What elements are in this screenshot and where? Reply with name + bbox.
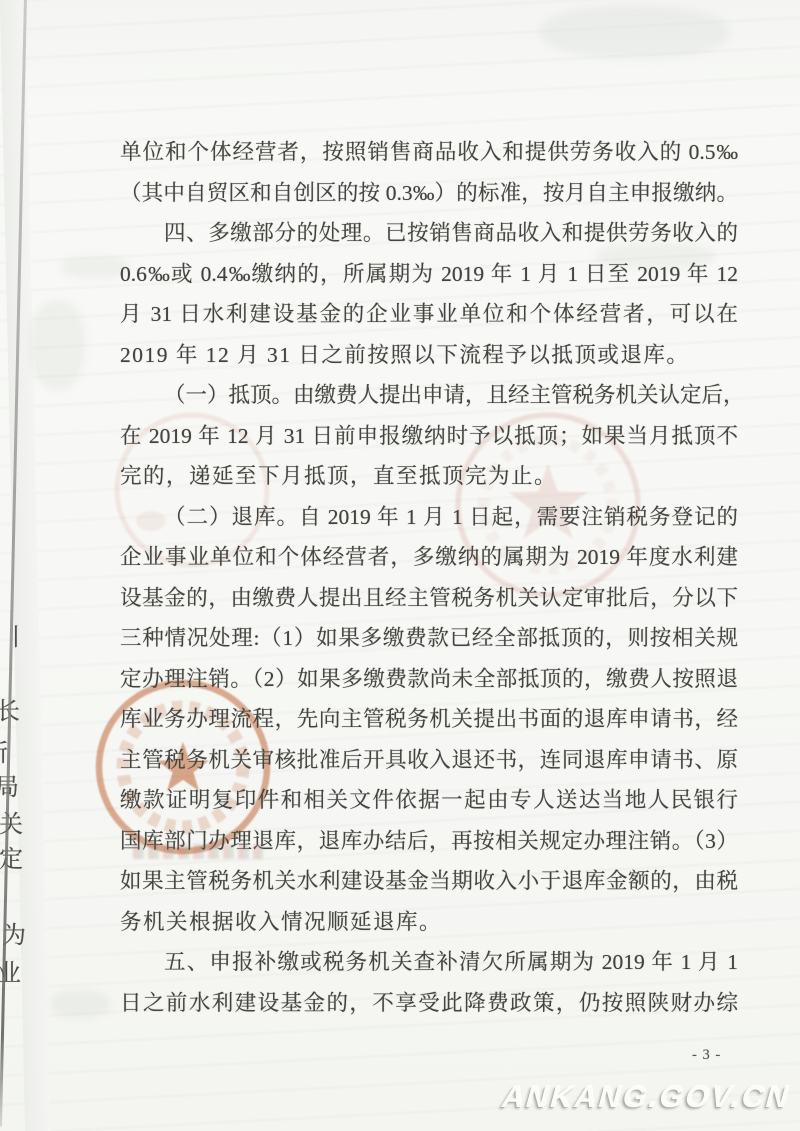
- document-body: 单位和个体经营者，按照销售商品收入和提供劳务收入的 0.5‰（其中自贸区和自创区…: [120, 132, 738, 1023]
- text-line: 0.6‰或 0.4‰缴纳的，所属期为 2019 年 1 月 1 日至 2019 …: [120, 254, 738, 295]
- bleedthrough-ghost: [30, 300, 85, 390]
- text-line: 五、申报补缴或税务机关查补清欠所属期为 2019 年 1 月 1: [120, 942, 738, 983]
- text-line: 定办理注销。（2）如果多缴费款尚未全部抵顶的，缴费人按照退: [120, 659, 738, 700]
- page-number: - 3 -: [692, 1047, 721, 1064]
- text-line: 完的，递延至下月抵顶，直至抵顶完为止。: [120, 456, 738, 497]
- text-line: （其中自贸区和自创区的按 0.3‰）的标准，按月自主申报缴纳。: [120, 173, 738, 214]
- text-line: 缴款证明复印件和相关文件依据一起由专人送达当地人民银行: [120, 780, 738, 821]
- bleedthrough-ghost: [540, 6, 730, 58]
- text-line: 在 2019 年 12 月 31 日前申报缴纳时予以抵顶；如果当月抵顶不: [120, 416, 738, 457]
- text-line: 库业务办理流程，先向主管税务机关提出书面的退库申请书，经: [120, 699, 738, 740]
- edge-text-fragment: 定: [0, 848, 23, 872]
- text-line: 月 31 日水利建设基金的企业事业单位和个体经营者，可以在: [120, 294, 738, 335]
- text-line: 设基金的，由缴费人提出且经主管税务机关认定审批后，分以下: [120, 578, 738, 619]
- text-line: 国库部门办理退库，退库办结后，再按相关规定办理注销。（3）: [120, 821, 738, 862]
- text-line: 三种情况处理:（1）如果多缴费款已经全部抵顶的，则按相关规: [120, 618, 738, 659]
- text-line: 2019 年 12 月 31 日之前按照以下流程予以抵顶或退库。: [120, 335, 738, 376]
- text-line: （一）抵顶。由缴费人提出申请，且经主管税务机关认定后，: [120, 375, 738, 416]
- edge-text-fragment: 局: [0, 776, 19, 800]
- text-line: 企业事业单位和个体经营者，多缴纳的属期为 2019 年度水利建: [120, 537, 738, 578]
- text-line: 务机关根据收入情况顺延退库。: [120, 902, 738, 943]
- scanned-document-page: 丨长所局关定为业 单位和个体经营者，按照销售商品收入和提供劳务收入的 0.5‰（…: [0, 0, 800, 1131]
- text-line: 日之前水利建设基金的，不享受此降费政策，仍按照陕财办综: [120, 983, 738, 1024]
- text-line: 主管税务机关审核批准后开具收入退还书，连同退库申请书、原: [120, 740, 738, 781]
- edge-text-fragment: 关: [0, 813, 23, 837]
- text-line: 如果主管税务机关水利建设基金当期收入小于退库金额的，由税: [120, 861, 738, 902]
- text-line: 单位和个体经营者，按照销售商品收入和提供劳务收入的 0.5‰: [120, 132, 738, 173]
- text-line: （二）退库。自 2019 年 1 月 1 日起，需要注销税务登记的: [120, 497, 738, 538]
- edge-text-fragment: 丨: [4, 626, 28, 650]
- text-line: 四、多缴部分的处理。已按销售商品收入和提供劳务收入的: [120, 213, 738, 254]
- bleedthrough-ghost: [50, 990, 110, 1018]
- site-watermark: ANKANG.GOV.CN: [501, 1081, 791, 1115]
